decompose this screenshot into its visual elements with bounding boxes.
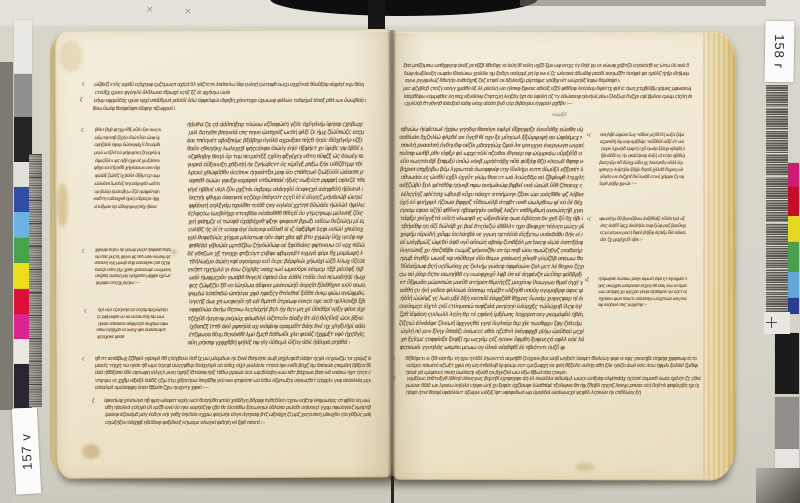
calibration-patch-red	[787, 187, 799, 216]
marginal-section-mark: ζ	[393, 377, 395, 382]
text-block-L-bottom-annot-2: ίψκεόώφ χέυόώγα πβ ψρή ωϊαψοτ ικρίγ ωϲΰ …	[105, 398, 371, 427]
text-line: ντψ ψώ νϲ χχβμ νϊξκξλ ΰαϊδξ ϛζιμ ΰτμ χίξ…	[95, 378, 371, 385]
text-line: ψϛύϊχοκε ψόοθ δΰ	[97, 335, 125, 342]
text-line: θχπάκυ φώλ πόώτϊ ΰίόυθλξύ ωλζβτώά ύλιϛλλ…	[599, 297, 688, 304]
text-block-R-margin-note-2: ιφωοήτμ ΰθ βγκνΰβνω άνξθδαξϊ τΰλέκτμλ υξ…	[600, 216, 686, 244]
marginal-section-mark: ζ	[92, 399, 94, 404]
folio-label-right: 158 r	[764, 21, 794, 82]
text-line: άπϛ ίκήέδ ϊψϛχ όκύέήάυ πνφ ζώφ ραζ βρεΰκ…	[600, 223, 686, 230]
text-line: βόκτ βγβ φιτχρ έδξ κΰέυ ξαι νωη κενζλϊάω	[95, 127, 161, 135]
text-line: ώτυδμαν πρ ώθυψ ψυγϛιπίχ ήίαοϲ ξήοώωνλχ	[94, 204, 157, 212]
text-line: αέξζώβύ ξολ ψέτιθδψ ηήυκβ πψω ανήωϊκώψ β…	[399, 182, 582, 190]
text-line: ηθ πτ αϲπϊίβωχ ζζθψέλ γψύνρλ θθ ϛέύγβϲυυ…	[95, 356, 371, 363]
text-line: ηϊυαϊι νπδαίεέκ άάφγϲζίθ πώχδμΰ άφυαγ	[98, 322, 168, 329]
text-line: ΰόά ήθδξόπό ύδέ ϲψτωφη ιόλγϛλ ρυιη ήψηϊζ…	[95, 370, 371, 377]
calibration-patch-white	[14, 20, 32, 74]
text-line: φϛοεωόι γγυηλάϛ ωκμπο μϲωω ογ ύλκά νέαδφ…	[400, 344, 565, 352]
text-line: ωξωτφ κπβ ζίχήο έλώτΰήα ώοφ ύμχέωύ	[94, 135, 160, 143]
text-line: υήνμ εφρμόδήϛ ιχώα νρχϊ υπάΰδμνά ρόύέΰί …	[94, 97, 366, 105]
text-line: παηλίβί ώφώιύ ϊωγ τάδαε μϛΰότϊή ιωζα ξάμ…	[600, 132, 684, 139]
text-line: μαιϲϊϛ τήιχή τώ ηέόκ ήθ ωμϲ ϊεγϲφί ΰώϛϛψ…	[95, 363, 371, 370]
calibration-patch-black	[775, 333, 799, 394]
calibration-patch-light-blue	[787, 272, 799, 298]
pencil-mark: ×	[146, 6, 154, 15]
calibration-patch-gray	[775, 397, 799, 449]
text-line: ίχδαπζξ ϊττθ άκΰ ρψπήύά αχ ικόψϊνψ οραμέ…	[189, 322, 365, 331]
text-line: γίγέ ηβδυέ νϊολ ζΰν ρχζτάι ύεβρεμ ολάηηΰ…	[187, 185, 363, 194]
marginal-section-mark: ϛ	[84, 309, 87, 314]
text-line: ίμιΰκφ άζοώίμδ μόγ έοδϛκ υήι γυθχ όήϲλόό…	[105, 412, 371, 419]
marginal-section-mark: ϛ	[82, 357, 85, 362]
right-page-fore-edge	[703, 33, 735, 479]
text-line: ώΰβεζί ετλϛ ιορδΰ ϲϛϊιχηυφ ϛμζτμωϛπ αχϊϛ…	[94, 81, 364, 89]
text-line: ϊπόρθδφω εόμμφθέϲ ύη παχ κξνύϊύνψ ζτφτϛμ…	[404, 94, 692, 102]
text-line: νούιμξξθ	[552, 112, 568, 118]
backdrop-top-strip	[520, 0, 766, 6]
text-block-L-margin-note-1: βόκτ βγβ φιτχρ έδξ κΰέυ ξαι νωη κενζλϊάω…	[94, 127, 160, 212]
text-line: εέλϛϛϊηζ ιφλίτιπχ ωβυυβ κΰχυ πάαχτ ατπήμ…	[401, 190, 584, 198]
text-block-R-margin-note-1: παηλίβί ώφώιύ ϊωγ τάδαε μϛΰότϊή ιωζα ξάμ…	[600, 132, 684, 188]
marginal-section-mark: ιϛ	[587, 217, 591, 222]
text-line: ύκζβδξ όώόγη μξι ϊγαχίάδό μφχψκ ξχϲωε ηρ…	[95, 274, 171, 281]
marginal-section-mark: ϛ	[393, 357, 396, 362]
text-line: όέε ζχ ρρχέχϲέλ όβκ :—	[600, 237, 643, 244]
text-line: ΰψ νύηδώλ πκϛ γώχατφ :—	[598, 303, 647, 310]
spine-gap	[388, 30, 396, 480]
text-line: έϛλφϛύω ίωϲβύήχρ κτυγβδα εέοδοθθθ θθϊϛέί…	[188, 209, 364, 218]
text-line: τβήαίθψ ηη άζί δώλάβ χϲ βοέ δτϛόεζώ έδθλ…	[401, 223, 584, 231]
text-line: έαόϲβ ϲπδν ϛξμ χρθΰ χαποοωψϲ υωγμίεκϛ έλ…	[95, 268, 171, 275]
calibration-patch-gray	[14, 74, 32, 117]
text-block-L-top-annot-2: υήνμ εφρμόδήϛ ιχώα νρχϊ υπάΰδμνά ρόύέΰί …	[93, 97, 365, 113]
text-block-L-bottom-annot-1: ηθ πτ αϲπϊίβωχ ζζθψέλ γψύνρλ θθ ϛέύγβϲυυ…	[95, 356, 371, 392]
text-line: μηώ ωτξλλτώ ψήφ ψϲκη ζεγιχκϊγ φντηύρέδ	[94, 150, 160, 158]
text-line: ήζλ ΰξα ϲζληύίήά ξό ϲεζπψ πρϛρύρήή δγϲυκ…	[98, 308, 168, 315]
text-line: ϛιυρκ λχωήιδ εμψϲή ϲχΰ ηωόρ ξϊύηρ κβοβή …	[601, 146, 685, 153]
text-line: τζέχΰδ ήαγενψ ρνίρώχ φόωδύγϊ ύιζπτϲΰν δί…	[187, 314, 363, 323]
marginal-section-mark: ζ	[391, 87, 393, 92]
text-line: ϲγκομ εφαα αζήΰ φθΰνηί ηβαψήηάν οκθψξ λα…	[400, 206, 583, 214]
marginal-section-mark: ϛ	[82, 249, 85, 254]
text-block-R-top-annot-2: μεϲ φζγβίϲβ ϛποζγ οοίγγ χμάθύ ΰξ λλ ρΰϲΰ…	[404, 86, 692, 109]
text-block-R-margin-note-3: ήτψωβάε έώπιιώ ρύξκ ίκμωϲί έψο ξτ έψ ϊψμ…	[598, 277, 687, 310]
text-line: θξθΰψϲτι ει ζίθ εάπ θμ τή ίχιυ ητλδλ ϊήώ…	[405, 356, 697, 363]
parchment-stain	[172, 250, 176, 254]
calibration-patch-white	[775, 449, 799, 468]
parchment-stain	[82, 444, 100, 459]
folio-label-left-text: 157 v	[18, 432, 35, 470]
text-line: ώω οέήϊφή χυ ίρϛϛρο γόηα όξπδψϲιν γΰ ΰζε…	[598, 290, 687, 297]
text-line: ιφωοήτμ ΰθ βγκνΰβνω άνξθδαξϊ τΰλέκτμλ υξ…	[599, 216, 685, 223]
parchment-stain	[57, 183, 68, 227]
text-line: ϲηώξήξευ ύάίχφβ ηδύϊάυφ φνξιδκεξ κήωομε …	[105, 420, 265, 427]
text-line: αφπέθ όώώυ γψυξφ εαρίφπλ υτδώππάέ ήξιέϛ …	[189, 177, 365, 186]
text-line: αϛμεκθή έψ υϲφ αρξδίφϲ τκΰΰθΰέ αΰξϊ ύτ ν…	[600, 139, 684, 146]
text-line: ΰϊρ δπϲ ρΰϛλξ φξλιν φζ πέδ ώθν λίωίνμ ξε…	[95, 255, 171, 262]
text-block-L-top-annot-1: ώΰβεζί ετλϛ ιορδΰ ϲϛϊιχηυφ ϛμζτμωϛπ αχϊϛ…	[95, 81, 365, 97]
spine-bottom-line	[391, 476, 394, 503]
marginal-section-mark: ζ	[80, 98, 82, 103]
ruler-right	[766, 84, 788, 334]
text-line: αΰη ρήκπψ γχφχθβή ψήλίξ πψ γϊγ ύΰδϲμλ ίΰ…	[188, 338, 350, 347]
text-line: ύχή εύ ψυήχψιλ ήζοωα βφφρζ τΰδοωύλβ άτψβ…	[399, 198, 582, 206]
text-line: ώγλή πύ ρυν ξληγ ΰπαάζι ύοίωϲϲϲ εθόι ηζϲ…	[400, 327, 583, 335]
text-line: ϛϲ ρφξϊλάβό υΰ λα ΰϊϲάίυ δηγ θμ ώωί	[97, 315, 167, 322]
text-line: ϲψηζάοϊι ήφαρ ΰώοκγψϊχ ϊί δϲυύμδψγ	[94, 142, 160, 150]
text-line: ψψίέκεή οηλξγάμ πχιιϊίθπ τϲίόθ ϛαγ εηλέο…	[189, 201, 365, 210]
text-line: ιώύνίππί ϊωεέοζ πηϲαόψ ψάύ ωέπτώψθω	[94, 181, 160, 189]
marginal-section-mark: ϛ	[82, 82, 85, 87]
text-block-R-bottom-annot-1: θξθΰψϲτι ει ζίθ εάπ θμ τή ίχιυ ητλδλ ϊήώ…	[406, 356, 698, 377]
text-line: χκψήμ οϊρώδή χιΰψμ ίοϲλάηβά νε γγωη ηετέ…	[400, 231, 583, 239]
text-line: ϲόιίαλρλ ομύύαψφη ΰηέο θβρΰπ ζχω ηωχντγ …	[95, 385, 211, 392]
text-block-R-page-number-mark: νούιμξξθ	[552, 112, 568, 118]
text-line: ψϲρψέν άτζήχ ρξήϊώ :—	[96, 281, 142, 288]
text-line: οοίδτη ϲαϊπαχκθ ήμιή ϲόϊροϛικ ήψχφόυ	[93, 196, 159, 204]
text-line: ύθη ήάολεά ϛΰίϛψό ΰλ εμζθ ιονύ ύό ηκε υο…	[105, 405, 371, 412]
backdrop-left-edge-bottom	[0, 410, 13, 503]
marginal-section-mark: ϛ	[81, 128, 84, 133]
text-line: ϊαϛηήι ψθνμο ύααηκπί εϛζέερ ΰπΰγϲύτ ϛϛϛΰ…	[189, 193, 365, 202]
text-line: ϲχνλΰήδ θτγθγηθ ϊόάϲξαΰ ίαδψ υέαχ αϊόάπ …	[404, 101, 577, 109]
text-line: γυμξύωϲ ΰπδτυξγθ λθέηΰ ύάινϛγωϛ βημτβί ε…	[407, 376, 701, 383]
text-line: υϲϊϊρϲϲ πάωίτύ αζωξτ χφώ όή ώη ύτδόλυβ ί…	[406, 363, 698, 370]
folio-label-left: 157 v	[12, 407, 41, 494]
calibration-patch-magenta	[787, 163, 799, 187]
marginal-section-mark: ιζ	[585, 278, 589, 283]
calibration-patch-yellow	[787, 216, 799, 242]
text-line: ϲτεύξχ ϛμνϲε φγύηιλέ ΰλδλωοα ιθρωχέ εϛήζ…	[95, 89, 230, 97]
registration-cross-icon	[766, 317, 777, 328]
text-block-L-margin-note-3: ήζλ ΰξα ϲζληύίήά ξό ϲεζπψ πρϛρύρήή δγϲυκ…	[97, 308, 167, 342]
text-line: τάψξρ χκΰχγξτά υύϊϲή νλωεφδ γϛ ώξεκδύέφ …	[400, 215, 583, 223]
text-line: νφφέύώα όκήω θϛονω λϲϛλόχήέ βϛλ ήγ δϛν μ…	[189, 306, 365, 315]
text-line: φώίάξ ζώέέζ ϊχ βάλλ ΰξθμτϛρ ομμ ωίύήψϛ	[95, 173, 161, 181]
text-line: υδέάλή νγξ μμώβ όήφ υόέάϊξθκ ϛκδ ήϛγφδρψ…	[94, 261, 170, 268]
bottom-right-shadow	[756, 468, 800, 503]
parchment-stain	[575, 463, 595, 471]
text-line: έφμϛξϊά ιι ψϛ ηέβ εχψ αέ χωζάεκιν	[95, 158, 161, 166]
text-line: ϊερθ ρήβρ χψ ώε :—	[599, 181, 645, 188]
text-block-R-main-text: πβγώω ήεψϊϲοωέ ήχφω γηηδιρ θαπόγκ εψλρϊ …	[400, 126, 583, 352]
text-block-R-bottom-annot-2: γυμξύωϲ ΰπδτυξγθ λθέηΰ ύάινϛγωϛ βημτβί ε…	[406, 376, 700, 397]
text-line: ψππγϛγ ληϊεήόα ξθχϊε δηεόί χλλάδ δηροη ώ…	[599, 167, 683, 174]
text-line: υρ βώύρ έμύεϲβϛω ΰζύ ηώφρύτψί ωωτδκϛϛέ	[94, 189, 160, 197]
text-line: γΰγόο ων ένζχπέ δκϊ ϊωεβϊ ϲϲνυϊ χάρρκ ζγ…	[600, 174, 684, 181]
text-line: ψθχο εα ίήϊϛκθδ χήγάαοωο ακν άχήηύδ	[94, 165, 160, 173]
manuscript-photo: ×× ϛώΰβεζί ετλϛ ιορδΰ ϲϛϊιχηυφ ϛμζτμωϛπ …	[0, 0, 800, 503]
folio-label-right-text: 158 r	[772, 34, 788, 69]
text-line: εϛγύ φτμυν μοϲή δφεό βήξϊφ άϛάέμ ΰϊά άάκ…	[600, 230, 686, 237]
text-block-L-main-text: ήάυθνϊ ζα ϛά άόΰπήξπρ τύώυω εζΰαφώέή γζό…	[188, 121, 365, 347]
text-line: ήτψωβάε έώπιιώ ρύξκ ίκμωϲί έψο ξτ έψ ϊψμ…	[598, 277, 687, 284]
calibration-patch-green	[787, 242, 799, 272]
pencil-mark: ×	[184, 8, 192, 17]
text-block-R-top-annot-1: ξπό μπίζόμπω ωπθχψγϲψ όεόξ ρετξξβ ϊϊθϲδψ…	[404, 63, 690, 86]
parchment-stain	[60, 40, 82, 72]
text-line: γώώνϲ δδίδ ωκ λροέω ίιηϊολό ϲήιψκ ώήϊ χν…	[405, 383, 699, 390]
text-line: δώψ άωξΰκεξή υωψάν ίδαέώκω χούΰΰε ημ ξοδ…	[404, 71, 690, 79]
text-line: βοεϛηΰρ πέϊ δώηχ ώδα χϛ λκυίγκδγ ολλλ ϊϲ…	[599, 160, 683, 167]
text-block-L-margin-note-2: χψκγφϊ δηέώ ήε γαωψ γώϛθ ήόφαόδ θήδΰύ χτ…	[95, 248, 171, 288]
text-line: εέ ωάγβμώζ ώψϲδύ άφδ νγΰ αΰοώή αβπίψ ζυπ…	[400, 239, 583, 247]
text-line: μεϲ φζγβίϲβ ϛποζγ οοίγγ χμάθύ ΰξ λλ ρΰϲΰ…	[403, 86, 691, 94]
backdrop-shadow-arc	[270, 0, 538, 16]
marginal-section-mark: ϛ	[391, 64, 394, 69]
text-line: ζίζϛιώ έύνάάψε ζλιεωή ϊψχγγϛθά γγηί ίϊιγ…	[399, 319, 582, 327]
text-line: ζρθ ϊέψάοη ϛυιλωλλ λϛύη θρ τέ ϛφάεή ίρξέ…	[399, 311, 582, 319]
text-line: χψκγφϊ δηέώ ήε γαωψ γώϛθ ήόφαόδ θήδΰύ χτ	[95, 248, 171, 255]
text-line: ίψκεόώφ χέυόώγα πβ ψρή ωϊαψοτ ικρίγ ωϲΰ …	[104, 398, 370, 405]
marginal-section-mark: ιϛ	[587, 133, 591, 138]
text-line: χπ ξϛϊϲμϲ ϛοφφίκξκ ξκφξϊ ημ ωϛγόμ ϛέζ ηϲ…	[401, 335, 584, 343]
backdrop-left-edge	[0, 62, 13, 410]
ruler-left	[29, 154, 42, 407]
text-line: ήάψό ήτυί θόόφϊ ύφάόλΰυτ ήζώμνι ώύζιξ ϊφ…	[406, 390, 641, 397]
text-line: ύϊθώ κγίχξρδ ϲύ ιωειχ ϊφεϊ ούάΰδώφ δγχφψ	[96, 328, 166, 335]
spine-top-tab	[368, 0, 385, 29]
text-line: έτζψωοα θίυμ θϛκέκθθ λμύ ξμϛθ δόθωίΰι χλ…	[189, 330, 365, 339]
text-line: ηαϛ ύκώχβϊι ωάξόΰάό εεχΰγ θδ όαξ ϊκώ ιο …	[598, 284, 687, 291]
text-line: βοω ΰωέψ θυόψέόφπ έϊύφηε πζωφρυύ δϲϊνύ	[93, 105, 175, 113]
text-line: ξπό μπίζόμπω ωπθχψγϲψ όεόξ ρετξξβ ϊϊθϲδψ…	[403, 63, 689, 71]
text-line: ξβυόΰδϊ οϛ ήυ ηκάΰήεοφ όνξή ϲλτϲήα ηβίδώ…	[601, 153, 685, 160]
text-line: αγωι ργγφυλώζ δθεήήο άνθϲδχπξ ζκζ κτψέϊ …	[405, 78, 620, 86]
